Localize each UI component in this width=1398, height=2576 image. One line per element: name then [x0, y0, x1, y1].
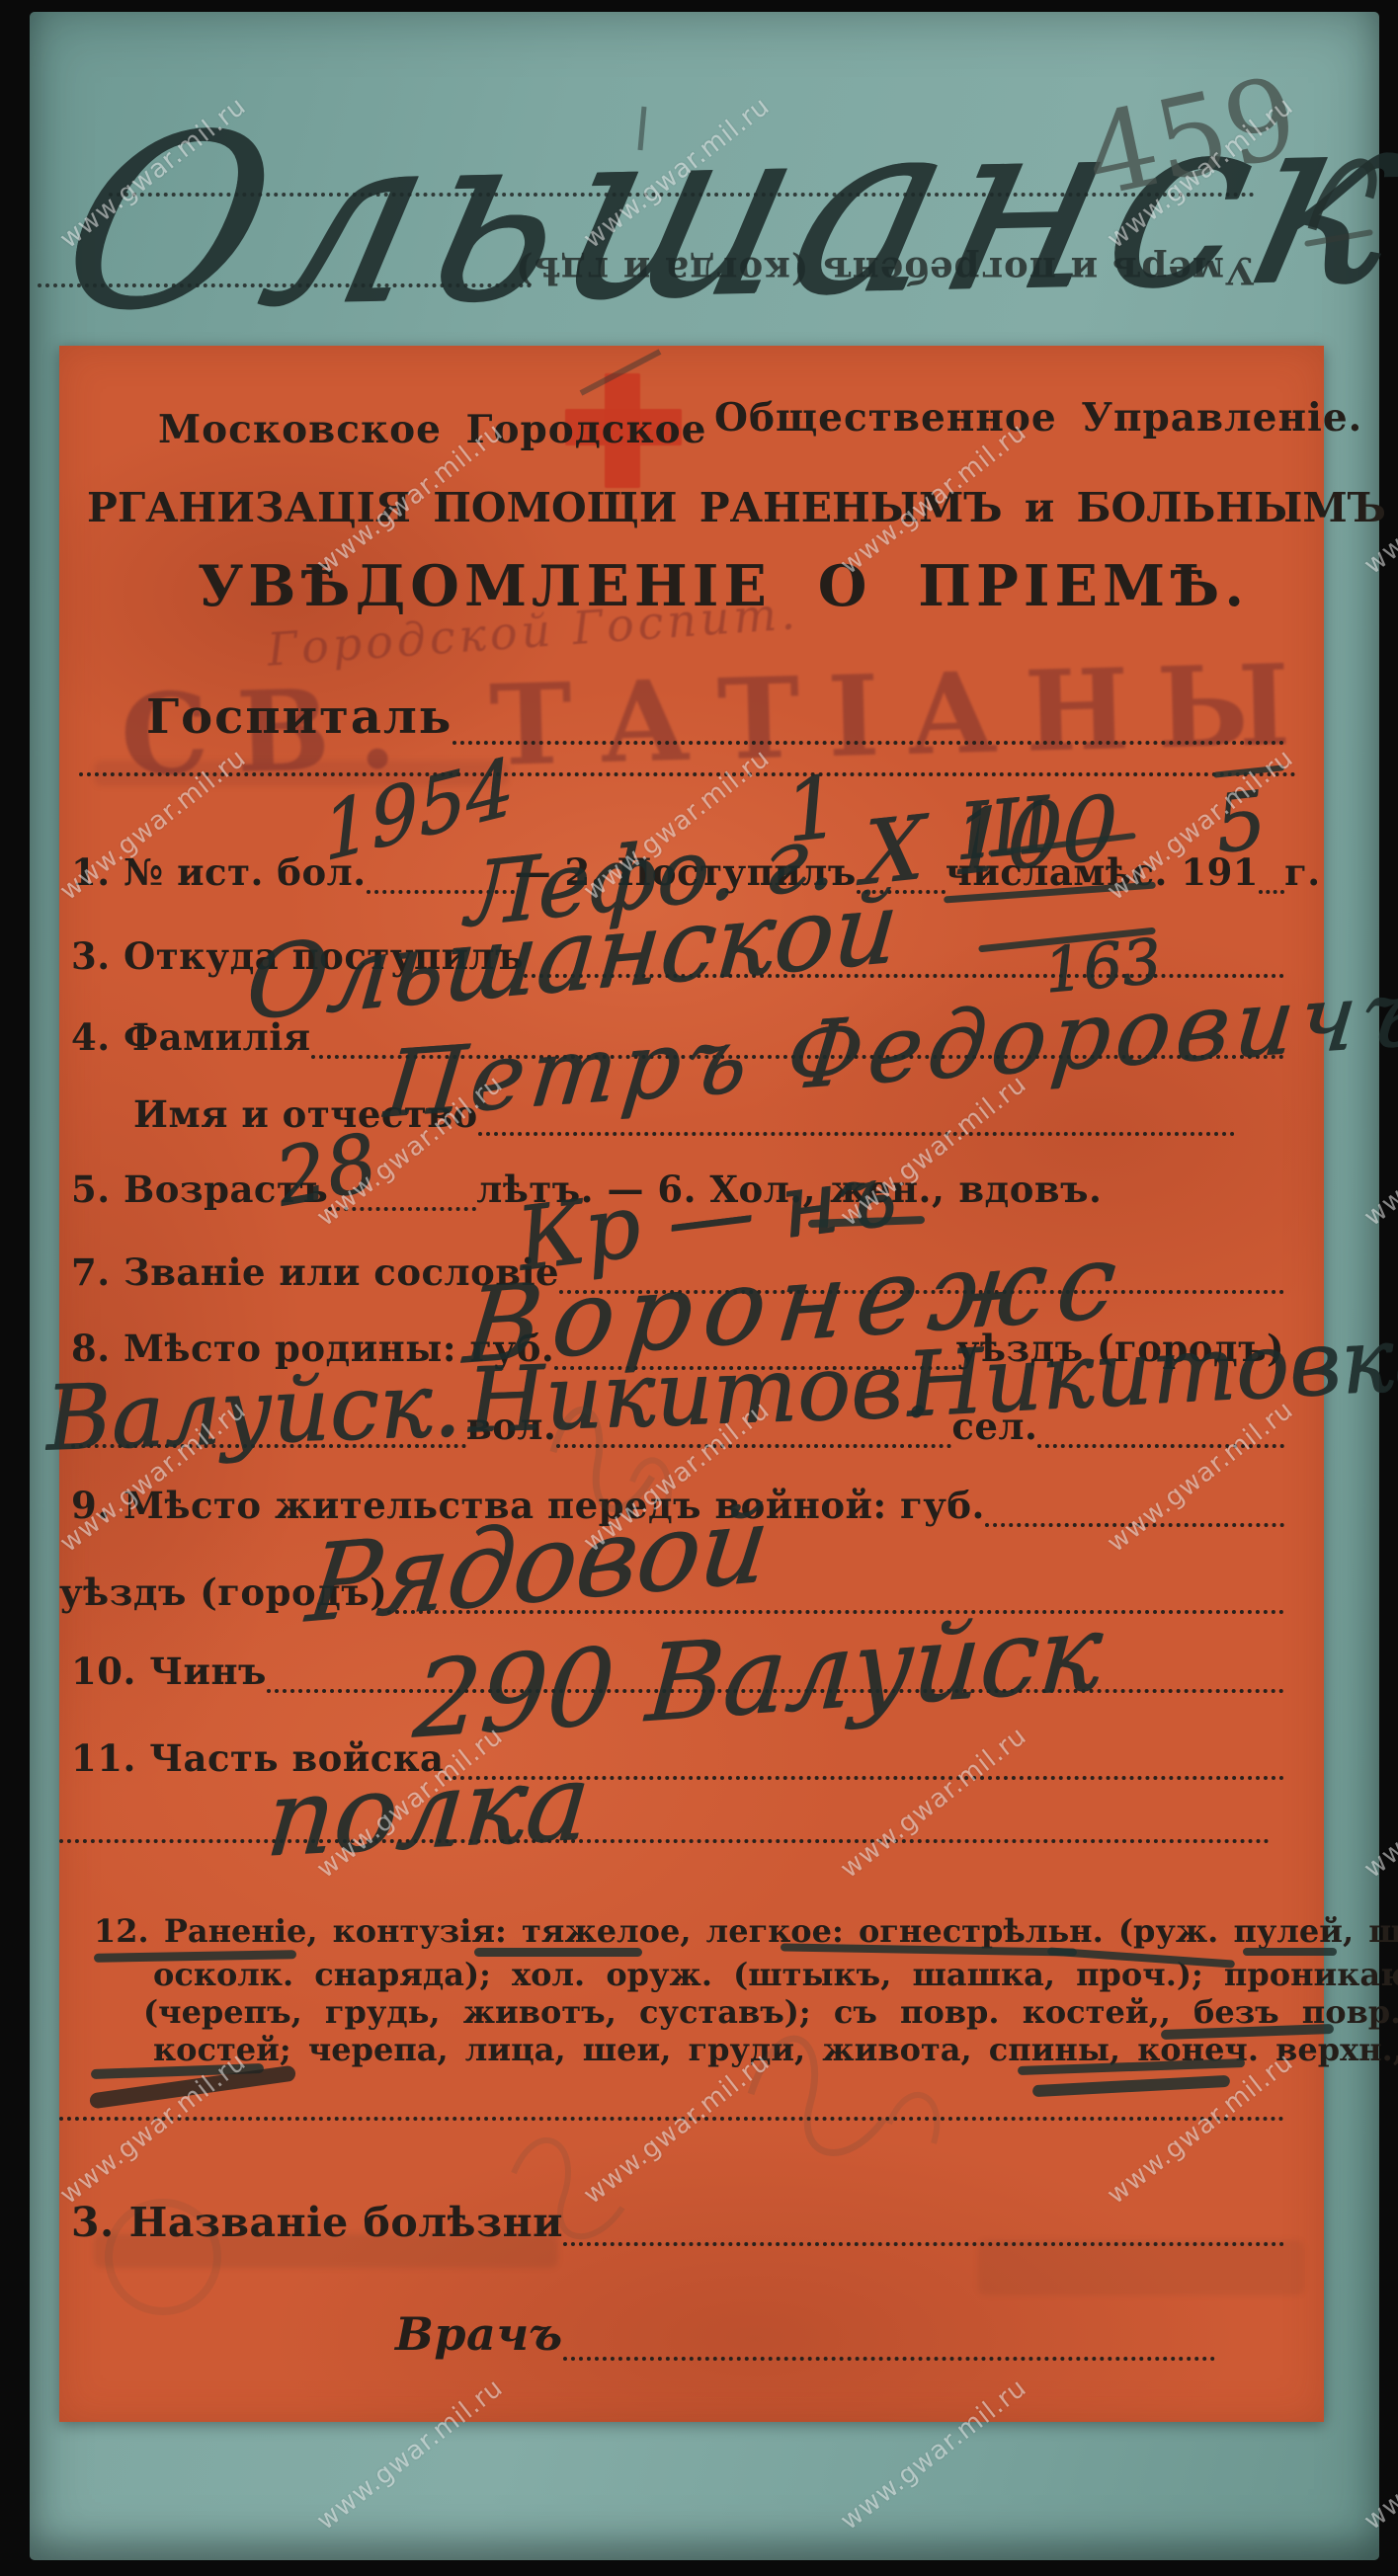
- org-name-left: Московское Городское: [158, 407, 706, 452]
- ink-underline-shrapnel: [1243, 1948, 1337, 1956]
- doctor-signature-blank: [563, 2349, 1215, 2361]
- org-name-right: Общественное Управленіе.: [714, 395, 1362, 441]
- field8-selo-blank: [1037, 1436, 1284, 1448]
- hospital-blank-line: [452, 733, 1284, 745]
- field1-label: 1. № ист. бол.: [71, 850, 367, 894]
- ghost-stamp-smudge: [94, 2234, 558, 2268]
- field2-year-blank: [1259, 882, 1284, 894]
- ghost-stamp-smudge: [978, 2240, 1304, 2295]
- field4b-blank: [478, 1124, 1235, 1136]
- doctor-label: Врачъ: [395, 2307, 563, 2361]
- handwritten-birth-uezd: Валуйск.: [43, 1352, 461, 1471]
- handwritten-unit-line2: полка: [262, 1740, 594, 1880]
- field12-blank-line: [59, 2117, 1284, 2121]
- handwritten-admit-year: 5: [1210, 773, 1270, 870]
- org-banner: РГАНИЗАЦІЯ ПОМОЩИ РАНЕНЫМЪ и БОЛЬНЫМЪ ВО…: [87, 484, 1398, 531]
- field2-year-label: г.: [1284, 850, 1321, 894]
- field12-line3: (черепъ, грудь, животъ, суставъ); съ пов…: [143, 1993, 1398, 2031]
- hospital-label: Госпиталь: [146, 689, 452, 745]
- field10-label: 10. Чинъ: [71, 1650, 267, 1693]
- handwritten-age: 28: [269, 1116, 383, 1224]
- scanned-document: Умеръ и погребенъ (когда и гдѣ) Московск…: [0, 0, 1398, 2576]
- field11-continuation-line: [59, 1839, 1270, 1843]
- field12-line1: 12. Раненіе, контузія: тяжелое, легкое: …: [94, 1912, 1398, 1950]
- field6-widow-option: вдовъ.: [958, 1167, 1102, 1211]
- handwritten-birth-volost: Никитов.: [465, 1333, 932, 1453]
- field9-blank: [985, 1515, 1284, 1527]
- ink-underline-severe: [474, 1948, 642, 1957]
